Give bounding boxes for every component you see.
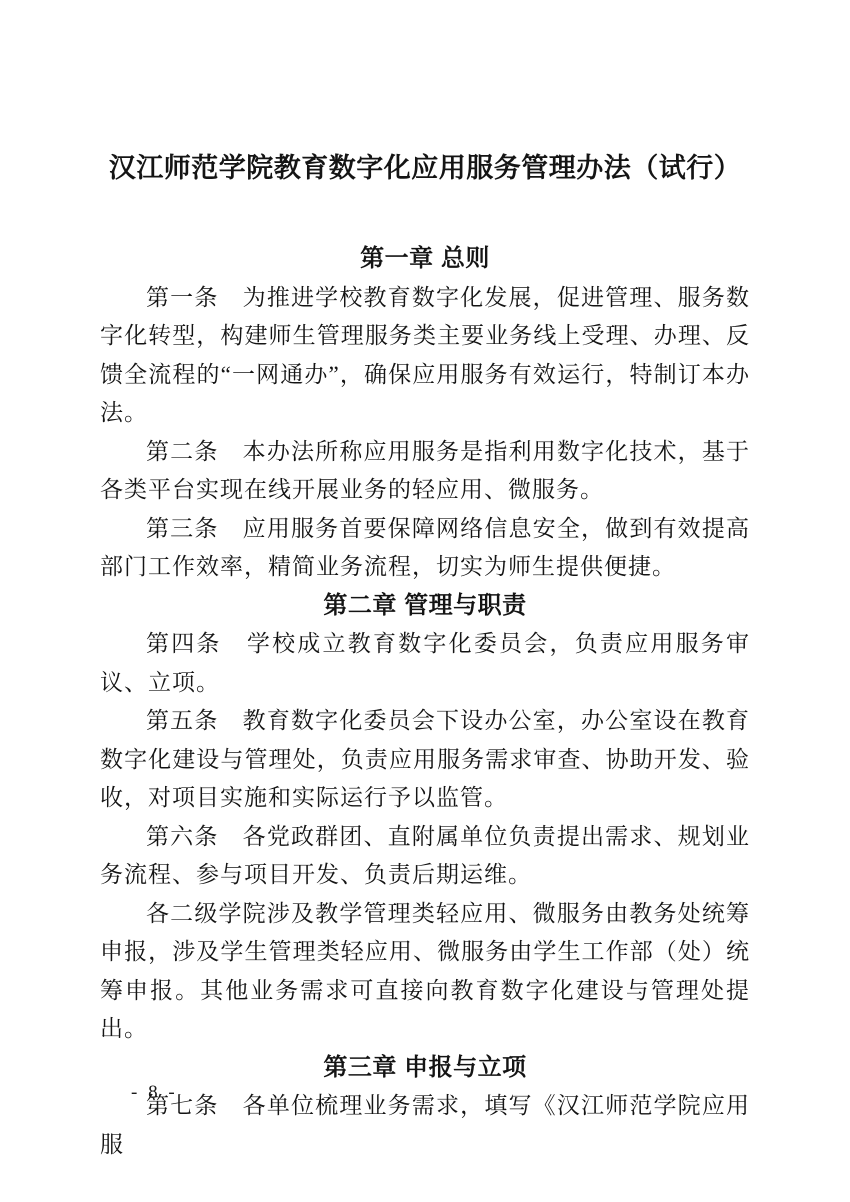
article-5-paragraph: 第五条 教育数字化委员会下设办公室，办公室设在教育数字化建设与管理处，负责应用服… [100,702,750,818]
page-number: - 8 - [131,1082,178,1104]
article-3-paragraph: 第三条 应用服务首要保障网络信息安全，做到有效提高部门工作效率，精简业务流程，切… [100,510,750,587]
chapter-heading-2: 第二章 管理与职责 [100,587,750,626]
article-6-paragraph: 第六条 各党政群团、直附属单位负责提出需求、规划业务流程、参与项目开发、负责后期… [100,818,750,895]
chapter-heading-1: 第一章 总则 [100,240,750,279]
document-title: 汉江师范学院教育数字化应用服务管理办法（试行） [100,148,750,188]
document-content: 汉江师范学院教育数字化应用服务管理办法（试行） 第一章 总则 第一条 为推进学校… [0,0,850,1164]
article-1-paragraph: 第一条 为推进学校教育数字化发展，促进管理、服务数字化转型，构建师生管理服务类主… [100,279,750,433]
document-page: 汉江师范学院教育数字化应用服务管理办法（试行） 第一章 总则 第一条 为推进学校… [0,0,850,1202]
article-6-continuation-paragraph: 各二级学院涉及教学管理类轻应用、微服务由教务处统筹申报，涉及学生管理类轻应用、微… [100,895,750,1049]
article-2-paragraph: 第二条 本办法所称应用服务是指利用数字化技术，基于各类平台实现在线开展业务的轻应… [100,433,750,510]
article-7-paragraph: 第七条 各单位梳理业务需求，填写《汉江师范学院应用服 [100,1087,750,1164]
chapter-heading-3: 第三章 申报与立项 [100,1049,750,1088]
article-4-paragraph: 第四条 学校成立教育数字化委员会，负责应用服务审议、立项。 [100,625,750,702]
